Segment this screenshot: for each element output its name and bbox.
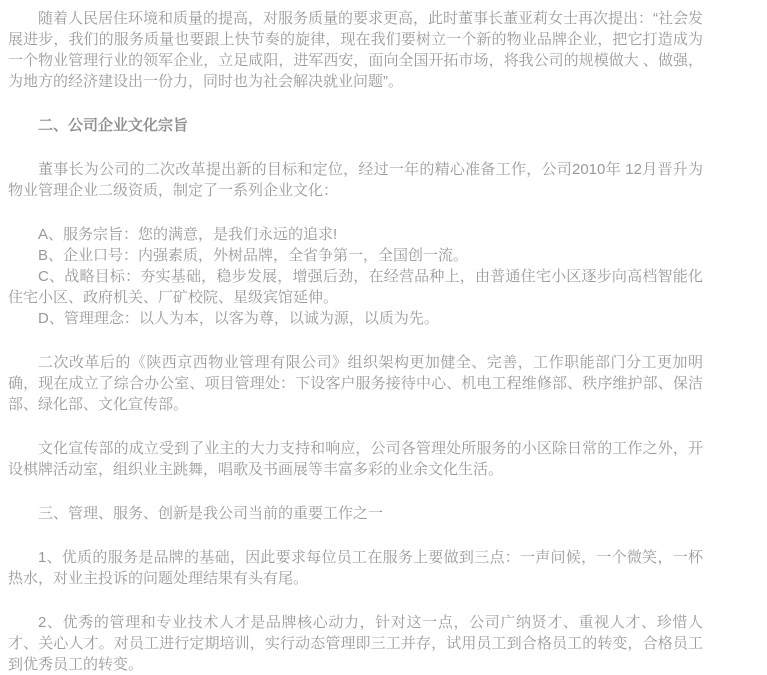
paragraph-reform-goals: 董事长为公司的二次改革提出新的目标和定位，经过一年的精心准备工作，公司2010年… [8, 159, 703, 201]
culture-item-strategic-goal: C、战略目标：夯实基础，稳步发展，增强后劲，在经营品种上，由普通住宅小区逐步向高… [8, 266, 703, 308]
paragraph-org-structure: 二次改革后的《陕西京西物业管理有限公司》组织架构更加健全、完善，工作职能部门分工… [8, 352, 703, 415]
culture-item-slogan: B、企业口号：内强素质，外树品牌，全省争第一，全国创一流。 [8, 245, 703, 266]
culture-item-management-philosophy: D、管理理念：以人为本，以客为尊，以诚为源，以质为先。 [8, 308, 703, 329]
paragraph-intro: 随着人民居住环境和质量的提高，对服务质量的要求更高，此时董事长董亚莉女士再次提出… [8, 8, 703, 92]
section-heading-management-service-innovation: 三、管理、服务、创新是我公司当前的重要工作之一 [8, 503, 703, 524]
document-page: 随着人民居住环境和质量的提高，对服务质量的要求更高，此时董事长董亚莉女士再次提出… [0, 0, 767, 675]
paragraph-quality-service: 1、优质的服务是品牌的基础，因此要求每位员工在服务上要做到三点：一声问候，一个微… [8, 547, 703, 589]
paragraph-culture-dept: 文化宣传部的成立受到了业主的大力支持和响应，公司各管理处所服务的小区除日常的工作… [8, 438, 703, 480]
culture-item-service-tenet: A、服务宗旨：您的满意，是我们永远的追求! [8, 224, 703, 245]
paragraph-talent: 2、优秀的管理和专业技术人才是品牌核心动力，针对这一点，公司广纳贤才、重视人才、… [8, 612, 703, 675]
culture-item-list: A、服务宗旨：您的满意，是我们永远的追求! B、企业口号：内强素质，外树品牌，全… [8, 224, 703, 329]
section-heading-company-culture: 二、公司企业文化宗旨 [8, 115, 703, 136]
